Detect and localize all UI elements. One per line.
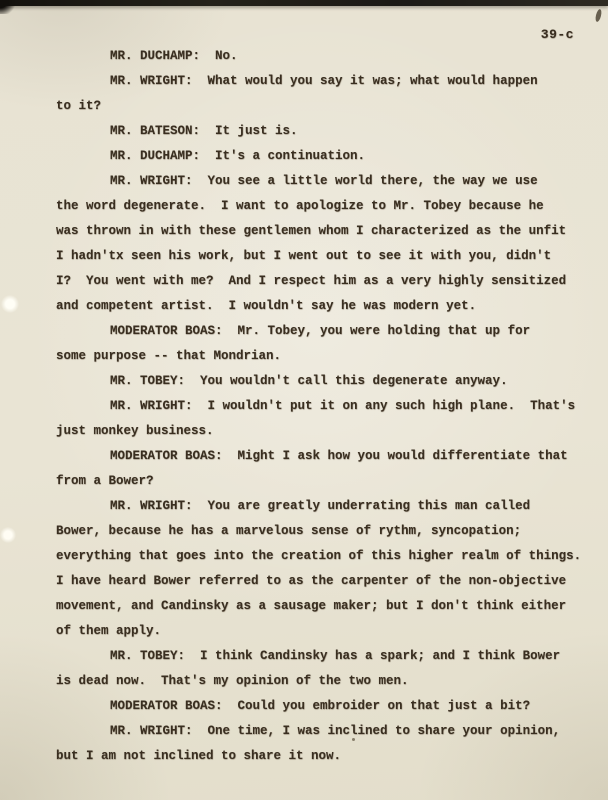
transcript-line: everything that goes into the creation o… (56, 544, 588, 569)
transcript-line: and competent artist. I wouldn't say he … (56, 294, 588, 319)
transcript-line: MR. TOBEY: You wouldn't call this degene… (56, 369, 588, 394)
scanned-transcript-page: 39-c MR. DUCHAMP: No.MR. WRIGHT: What wo… (0, 0, 608, 800)
transcript-line: some purpose -- that Mondrian. (56, 344, 588, 369)
page-number: 39-c (541, 27, 574, 42)
transcript-line: I have heard Bower referred to as the ca… (56, 569, 588, 594)
transcript-line: Bower, because he has a marvelous sense … (56, 519, 588, 544)
transcript-line: MR. DUCHAMP: It's a continuation. (56, 144, 588, 169)
transcript-line: was thrown in with these gentlemen whom … (56, 219, 588, 244)
transcript-line: of them apply. (56, 619, 588, 644)
transcript-line: movement, and Candinsky as a sausage mak… (56, 594, 588, 619)
transcript-line: MODERATOR BOAS: Could you embroider on t… (56, 694, 588, 719)
transcript-line: MR. BATESON: It just is. (56, 119, 588, 144)
transcript-line: to it? (56, 94, 588, 119)
transcript-line: MODERATOR BOAS: Mr. Tobey, you were hold… (56, 319, 588, 344)
transcript-line: I? You went with me? And I respect him a… (56, 269, 588, 294)
transcript-line: the word degenerate. I want to apologize… (56, 194, 588, 219)
transcript-line: is dead now. That's my opinion of the tw… (56, 669, 588, 694)
paper-spot-artifact (1, 295, 19, 313)
ink-fleck-artifact (595, 9, 603, 23)
transcript-line: but I am not inclined to share it now. (56, 744, 588, 769)
transcript-line: just monkey business. (56, 419, 588, 444)
transcript-line: MR. WRIGHT: You see a little world there… (56, 169, 588, 194)
transcript-line: MR. WRIGHT: What would you say it was; w… (56, 69, 588, 94)
transcript-line: MR. WRIGHT: You are greatly underrating … (56, 494, 588, 519)
transcript-line: MR. DUCHAMP: No. (56, 44, 588, 69)
transcript-line: MODERATOR BOAS: Might I ask how you woul… (56, 444, 588, 469)
transcript-line: MR. TOBEY: I think Candinsky has a spark… (56, 644, 588, 669)
transcript-line: MR. WRIGHT: I wouldn't put it on any suc… (56, 394, 588, 419)
transcript-body: MR. DUCHAMP: No.MR. WRIGHT: What would y… (56, 44, 588, 769)
scan-edge-top (0, 0, 608, 6)
transcript-line: MR. WRIGHT: One time, I was inclined to … (56, 719, 588, 744)
transcript-line: from a Bower? (56, 469, 588, 494)
transcript-line: I hadn'tx seen his work, but I went out … (56, 244, 588, 269)
paper-spot-artifact (0, 527, 16, 543)
scan-corner-artifact (0, 0, 18, 14)
